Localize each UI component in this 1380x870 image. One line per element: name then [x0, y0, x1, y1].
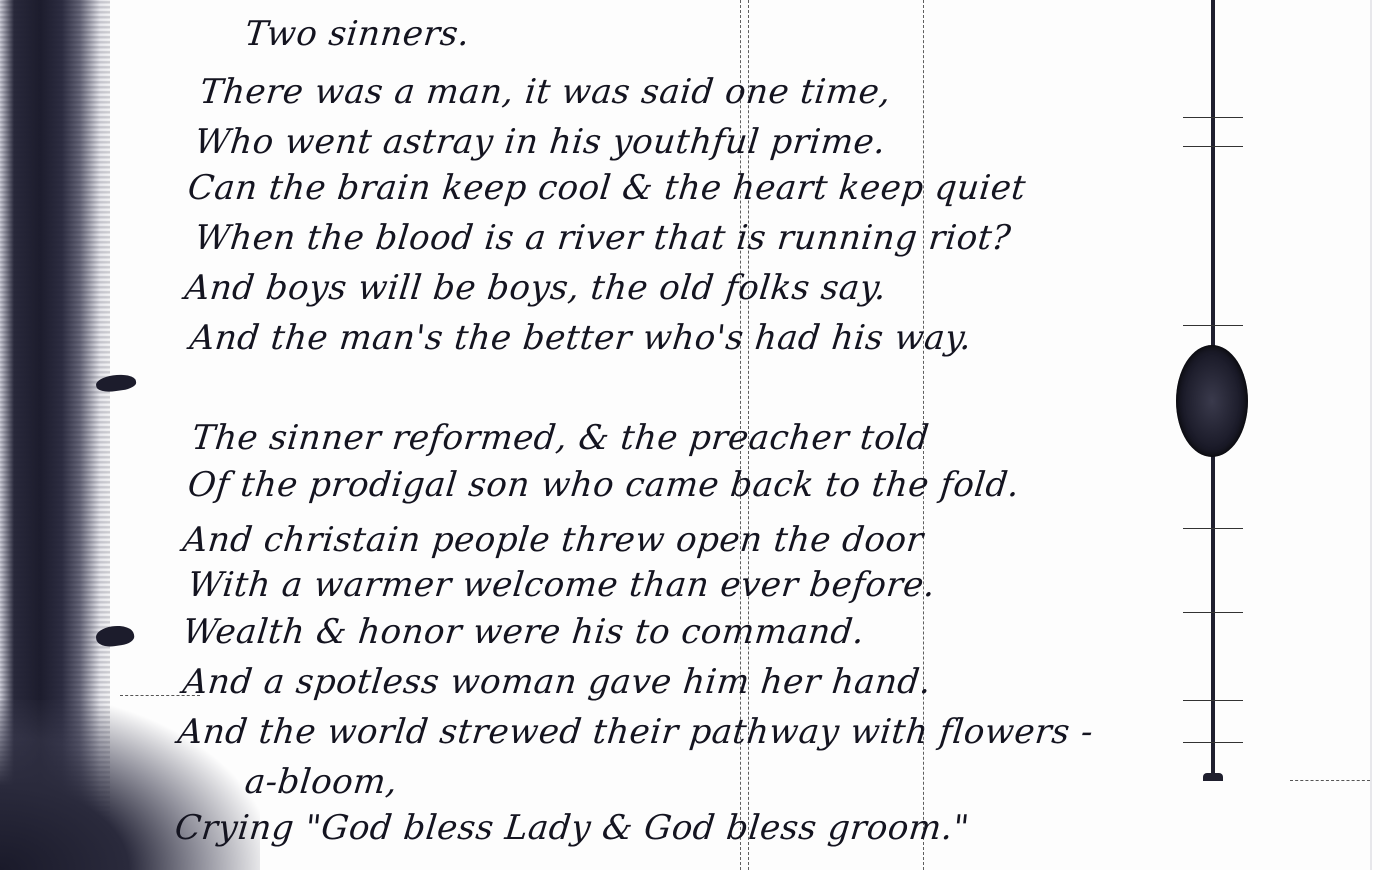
poem-line: a-bloom, [243, 762, 400, 802]
page-edge [1370, 0, 1372, 870]
poem-line: And christain people threw open the door [181, 520, 926, 560]
poem-title: Two sinners. [243, 14, 472, 54]
poem-line: When the blood is a river that is runnin… [193, 218, 1013, 258]
poem-line: Of the prodigal son who came back to the… [186, 465, 1022, 505]
ornament-tick [1183, 700, 1243, 701]
ornament-foot [1203, 773, 1223, 781]
ornament-tick [1183, 612, 1243, 613]
poem-line: With a warmer welcome than ever before. [186, 565, 937, 605]
poem-line: And the man's the better who's had his w… [188, 318, 974, 358]
poem-line: And boys will be boys, the old folks say… [183, 268, 889, 308]
scanned-page: Two sinners. There was a man, it was sai… [0, 0, 1380, 870]
poem-line: And a spotless woman gave him her hand. [181, 662, 933, 702]
ornament-tick [1183, 528, 1243, 529]
ornament-bead [1176, 345, 1248, 457]
poem-line: Wealth & honor were his to command. [181, 612, 866, 652]
poem-line: Can the brain keep cool & the heart keep… [186, 168, 1028, 208]
poem-line: Crying "God bless Lady & God bless groom… [173, 808, 971, 848]
poem-line: There was a man, it was said one time, [198, 72, 893, 112]
ornament-tick [1183, 742, 1243, 743]
ornament-tick [1183, 117, 1243, 118]
poem-line: Who went astray in his youthful prime. [193, 122, 888, 162]
poem-line: And the world strewed their pathway with… [176, 712, 1095, 752]
poem-line: The sinner reformed, & the preacher told [190, 418, 931, 458]
ornament-tick [1183, 146, 1243, 147]
ornament-tick [1183, 325, 1243, 326]
ledger-rule [1290, 780, 1370, 781]
